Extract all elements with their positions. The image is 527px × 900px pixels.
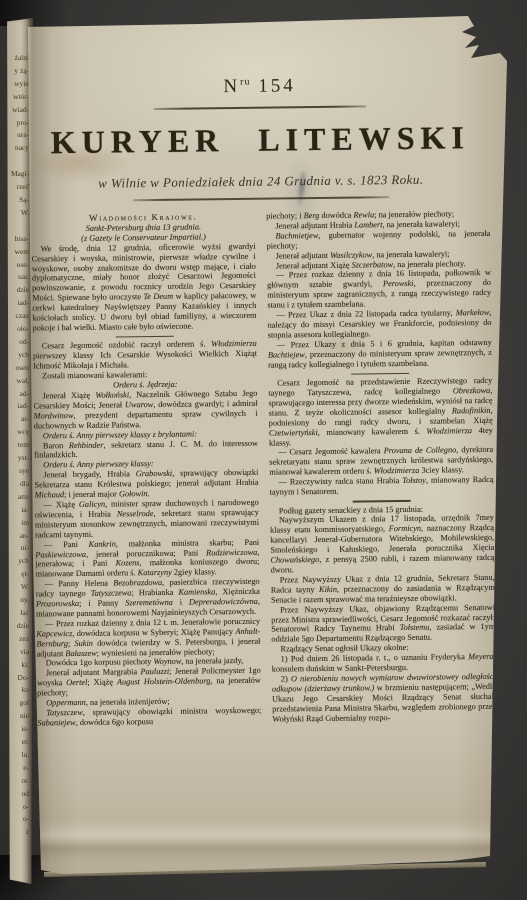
paragraph: 1) Pod dniem 26 listopada r. t., o uznan… [272,652,496,675]
dateline: w Wilnie w Poniedziałek dnia 24 Grudnia … [31,171,491,193]
spine-fragment: wtór- [6,91,29,104]
spine-fragment: ami [6,491,29,504]
spine-fragment [6,155,29,168]
spine-fragment: dla [6,478,29,491]
left-column: Wiadomości Krajowe.Sankt-Petersburg dnia… [31,212,263,857]
spine-fragment: iad- [6,297,29,310]
paragraph: Cesarz Jegomość ozdobić raczył orderem ś… [33,339,257,371]
spine-fragment: rzeć [6,181,29,194]
spine-fragment: im [6,517,29,530]
spine-fragment: iad- [6,400,29,413]
spine-fragment: ose- [6,259,29,272]
masthead-rule-top [154,105,366,110]
paragraph: — Rzeczywisty radca stanu Hrabia Tołstoy… [269,475,493,498]
spine-fragment: sye [6,465,29,478]
spine-fragment: ar- [6,413,29,426]
spine-fragment: z [6,826,29,839]
masthead-rule-bottom [133,196,389,201]
paragraph: — Panny Helena Bezobrazdowa, pasierzbica… [36,577,260,619]
newspaper-page: Nru 154 KURYER LITEWSKI w Wilnie w Ponie… [0,0,527,900]
spine-fragment: łać [6,607,29,620]
adjacent-page-edge: żalniy żą-wyinwtór-wiad-pro-ura-nacy Mag… [6,18,33,884]
paragraph: Naywyższym Ukazem z dnia 17 listopada, u… [270,513,495,575]
spine-fragment: ęt- [6,568,29,581]
paragraph: — Przez Ukaz z dnia 22 listopada radca t… [267,308,491,340]
spine-fragment: od [6,788,29,801]
spine-fragment: osen [6,362,29,375]
spine-fragment: od- [6,336,29,349]
scanned-newspaper-photo: żalniy żą-wyinwtór-wiad-pro-ura-nacy Mag… [0,0,527,900]
section-rule [351,372,409,374]
paragraph: Jenerał brygady, Hrabia Grabowski, spraw… [34,468,258,500]
paragraph: We środę, dnia 12 grudnia, oficerowie wy… [32,241,257,333]
issue-superscript: ru [240,76,250,87]
paragraph: — Pani Kankrin, małżonka ministra skarbu… [35,537,259,579]
spine-fragment: wiad- [6,104,29,117]
masthead: Nru 154 KURYER LITEWSKI w Wilnie w Ponie… [30,73,491,203]
paragraph: Jenerał adjutant Margrabia Pauluzzi; Jen… [37,666,261,698]
spine-fragment: ie- [6,723,29,736]
spine-fragment: dzie [6,284,29,297]
spine-fragment: nie [6,710,29,723]
spine-fragment: yst- [6,452,29,465]
section-rule [353,500,411,502]
issue-number: Nru 154 [30,73,490,101]
spine-fragment: W. [6,581,29,594]
paragraph: Tatyszczew, sprawujący obowiązki ministr… [37,706,261,729]
paragraph: — Przez rozkaz dzienny z dnia 16 listopa… [267,268,491,310]
issue-prefix: N [223,76,240,97]
spine-fragment: goł [6,697,29,710]
spine-fragment: oło- [6,323,29,336]
spine-fragment: żalni [6,52,29,65]
spine-fragment: y żą- [6,65,29,78]
spine-fragment: lu. [6,749,29,762]
spine-fragment: dzie [6,620,29,633]
paragraph: — Przez Ukazy z dnia 5 i 6 grudnia, kapi… [268,338,492,370]
spine-fragment: ad- [6,388,29,401]
issue-number-value: 154 [258,75,296,96]
spine-fragment: uar. [6,271,29,284]
paragraph: Jenerał Xiążę Wołkoński, Naczelnik Główn… [33,389,257,431]
spine-fragment: ni- [6,542,29,555]
spine-fragment: wcę [6,426,29,439]
paragraph: Przez Naywyższy Ukaz, objawiony Rządzące… [271,602,495,644]
spine-fragment: Magi- [6,168,29,181]
paragraph: 2) O nierobieniu nowych wymiarow dwuwior… [272,672,497,724]
spine-fragment: wyin [6,78,29,91]
spine-fragment: o- [6,813,29,826]
spine-fragment: wem [6,246,29,259]
paragraph: Baron Rehbinder, sekretarz stanu J. C. M… [34,438,258,461]
newspaper-title: KURYER LITEWSKI [30,119,490,162]
spine-fragment: or. [6,775,29,788]
spine-fragment: czan [6,310,29,323]
paragraph: — Przez rozkaz dzienny z dnia 12 t. m. J… [36,617,260,659]
spine-fragment: an- [6,530,29,543]
spine-fragment: ych [6,349,29,362]
spine-fragment: ko [6,684,29,697]
paragraph: Cesarz Jegomość na przedstawienie Rzeczy… [268,376,493,448]
spine-fragment: ny, [6,594,29,607]
spine-fragment: wał, [6,375,29,388]
spine-fragment: o- [6,801,29,814]
spine-fragment: pro- [6,117,29,130]
spine-fragment [6,220,29,233]
spine-fragment: tem [6,439,29,452]
spine-fragment: zez [6,633,29,646]
spine-fragment: ia- [6,504,29,517]
right-column: piechoty; i Berg dowódca Rewla; na jener… [266,209,498,854]
printed-content: Nru 154 KURYER LITEWSKI w Wilnie w Ponie… [29,19,499,857]
spine-fragment: bisa- [6,233,29,246]
spine-fragment: nacy [6,142,29,155]
spine-fragment: W. [6,207,29,220]
spine-fragment: ki. [6,659,29,672]
spine-fragment: Są- [6,194,29,207]
paragraph: Bachmietjew, gubernator wojenny podolski… [266,229,490,252]
spine-fragment: Do- [6,672,29,685]
paragraph: — Xiążę Galicyn, minister spraw duchowny… [35,498,259,540]
paragraph: — Cesarz Jegomość kawalera Provana de Co… [269,445,493,477]
paragraph: Przez Naywyższy Ukaz z dnia 12 grudnia, … [271,573,495,605]
section-rule [116,336,174,338]
spine-fragment: e- [6,762,29,775]
spine-fragment: er. [6,736,29,749]
spine-fragment: ych [6,555,29,568]
text-columns: Wiadomości Krajowe.Sankt-Petersburg dnia… [31,209,499,857]
spine-fragment: ura- [6,129,29,142]
spine-fragment: via [6,646,29,659]
